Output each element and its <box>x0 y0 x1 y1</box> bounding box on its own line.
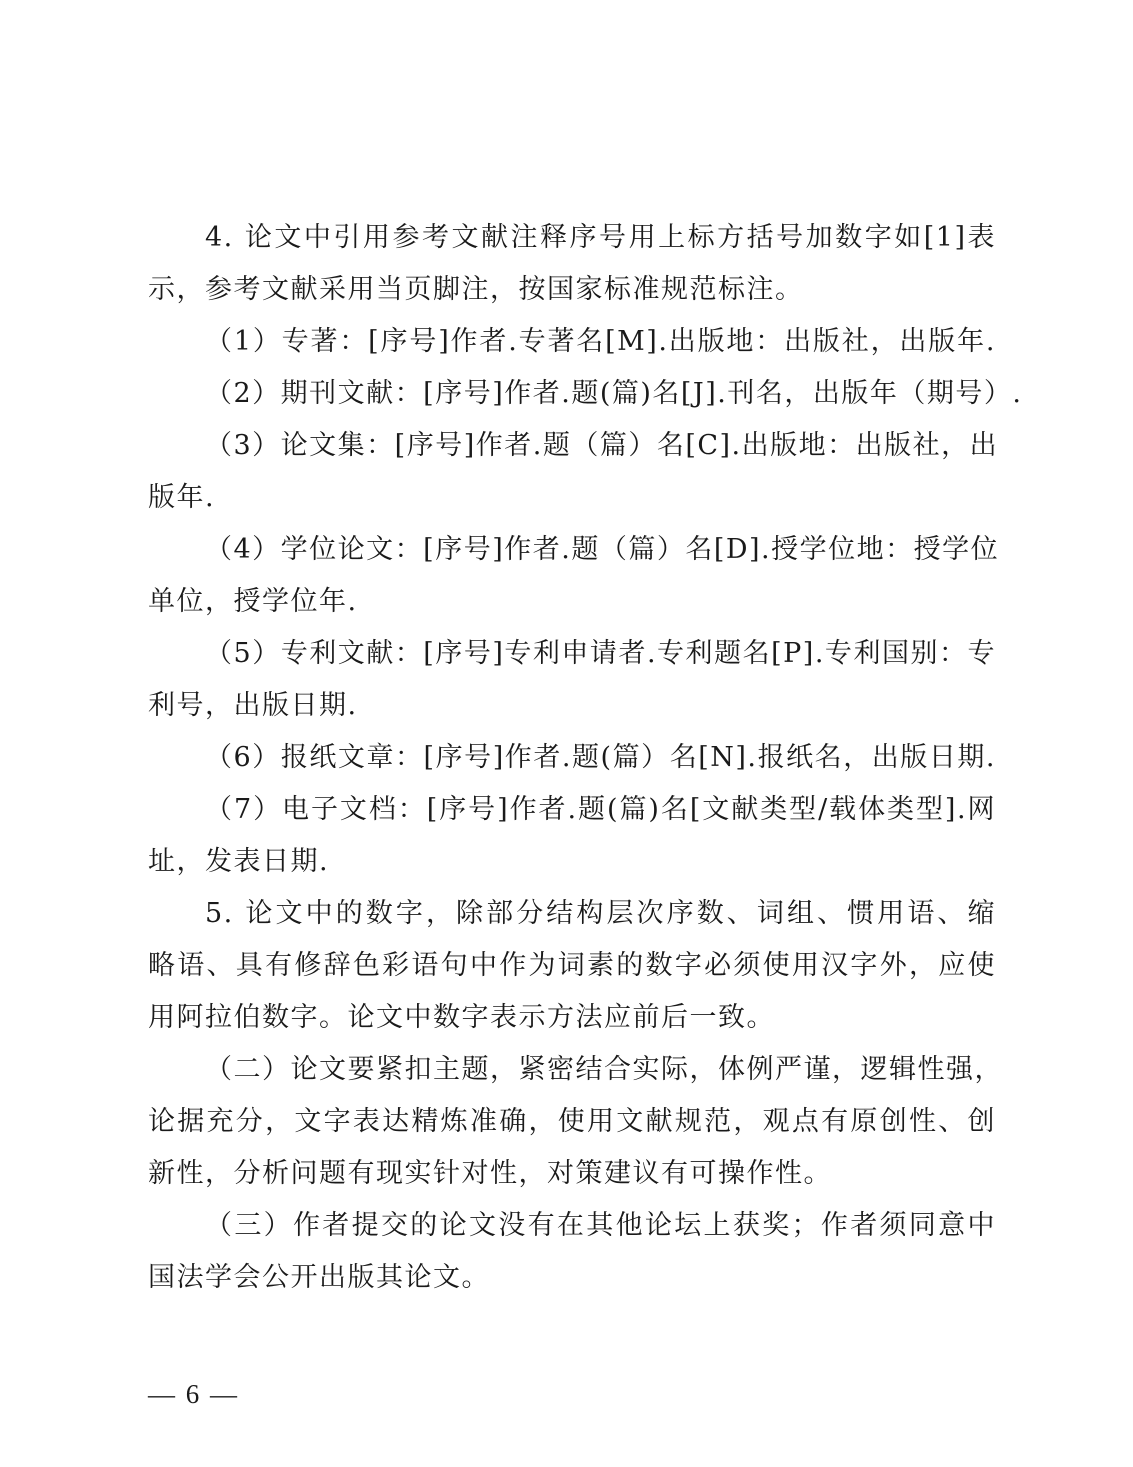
paragraph-item-5-line-2: 略语、具有修辞色彩语句中作为词素的数字必须使用汉字外，应使 <box>148 946 996 986</box>
document-page: 4. 论文中引用参考文献注释序号用上标方括号加数字如[1]表 示，参考文献采用当… <box>0 0 1133 1467</box>
section-2-line-3: 新性，分析问题有现实针对性，对策建议有可操作性。 <box>148 1154 996 1194</box>
reference-format-thesis-line-1: （4）学位论文：[序号]作者.题（篇）名[D].授学位地：授学位 <box>205 530 996 570</box>
page-number: — 6 — <box>148 1376 239 1412</box>
reference-format-patent-line-1: （5）专利文献：[序号]专利申请者.专利题名[P].专利国别：专 <box>205 634 996 674</box>
reference-format-proceedings-line-1: （3）论文集：[序号]作者.题（篇）名[C].出版地：出版社，出 <box>205 426 996 466</box>
reference-format-patent-line-2: 利号，出版日期. <box>148 686 996 726</box>
paragraph-item-4-line-2: 示，参考文献采用当页脚注，按国家标准规范标注。 <box>148 270 996 310</box>
section-3-line-2: 国法学会公开出版其论文。 <box>148 1258 996 1298</box>
section-2-line-1: （二）论文要紧扣主题，紧密结合实际，体例严谨，逻辑性强， <box>205 1050 996 1090</box>
reference-format-proceedings-line-2: 版年. <box>148 478 996 518</box>
section-2-line-2: 论据充分，文字表达精炼准确，使用文献规范，观点有原创性、创 <box>148 1102 996 1142</box>
reference-format-journal: （2）期刊文献：[序号]作者.题(篇)名[J].刊名，出版年（期号）. <box>205 374 996 414</box>
reference-format-electronic-line-2: 址，发表日期. <box>148 842 996 882</box>
paragraph-item-5-line-1: 5. 论文中的数字，除部分结构层次序数、词组、惯用语、缩 <box>205 894 996 934</box>
reference-format-electronic-line-1: （7）电子文档：[序号]作者.题(篇)名[文献类型/载体类型].网 <box>205 790 996 830</box>
paragraph-item-4-line-1: 4. 论文中引用参考文献注释序号用上标方括号加数字如[1]表 <box>205 218 996 258</box>
reference-format-thesis-line-2: 单位，授学位年. <box>148 582 996 622</box>
section-3-line-1: （三）作者提交的论文没有在其他论坛上获奖；作者须同意中 <box>205 1206 996 1246</box>
reference-format-monograph: （1）专著：[序号]作者.专著名[M].出版地：出版社，出版年. <box>205 322 996 362</box>
paragraph-item-5-line-3: 用阿拉伯数字。论文中数字表示方法应前后一致。 <box>148 998 996 1038</box>
reference-format-newspaper: （6）报纸文章：[序号]作者.题(篇）名[N].报纸名，出版日期. <box>205 738 996 778</box>
